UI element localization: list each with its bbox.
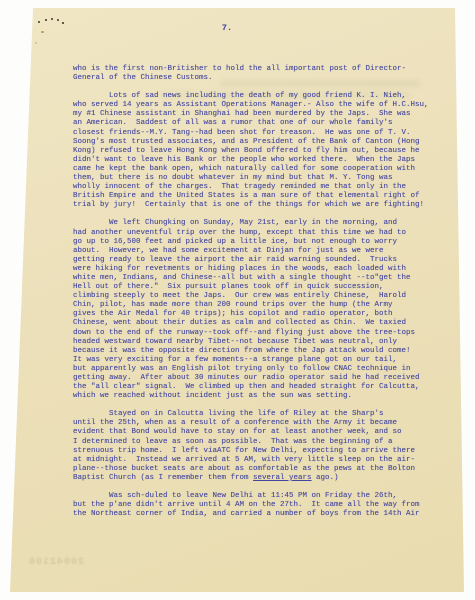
scanned-letter-page: 7. who is the first non-Britisher to hol… [0,0,475,600]
paragraph: Stayed on in Calcutta living the life of… [73,410,445,483]
ink-speck [45,19,47,21]
document-body: who is the first non-Britisher to hold t… [73,65,445,528]
ink-speck [62,22,64,24]
paragraph: who is the first non-Britisher to hold t… [73,65,445,83]
paragraph: Lots of sad news including the death of … [73,92,445,210]
stain-spot [35,42,37,44]
ink-speck [51,18,53,20]
paper-sheet: 7. who is the first non-Britisher to hol… [10,8,464,592]
ink-speck [38,21,40,23]
ghost-stamp-bleedthrough: 20042106 [28,557,84,568]
page-number: 7. [215,23,239,33]
paragraph: We left Chungking on Sunday, May 21st, e… [73,219,445,401]
stain-spot [41,31,44,33]
paragraph: Was sch-duled to leave New Delhi at 11:4… [73,492,445,519]
ink-speck [57,19,59,21]
